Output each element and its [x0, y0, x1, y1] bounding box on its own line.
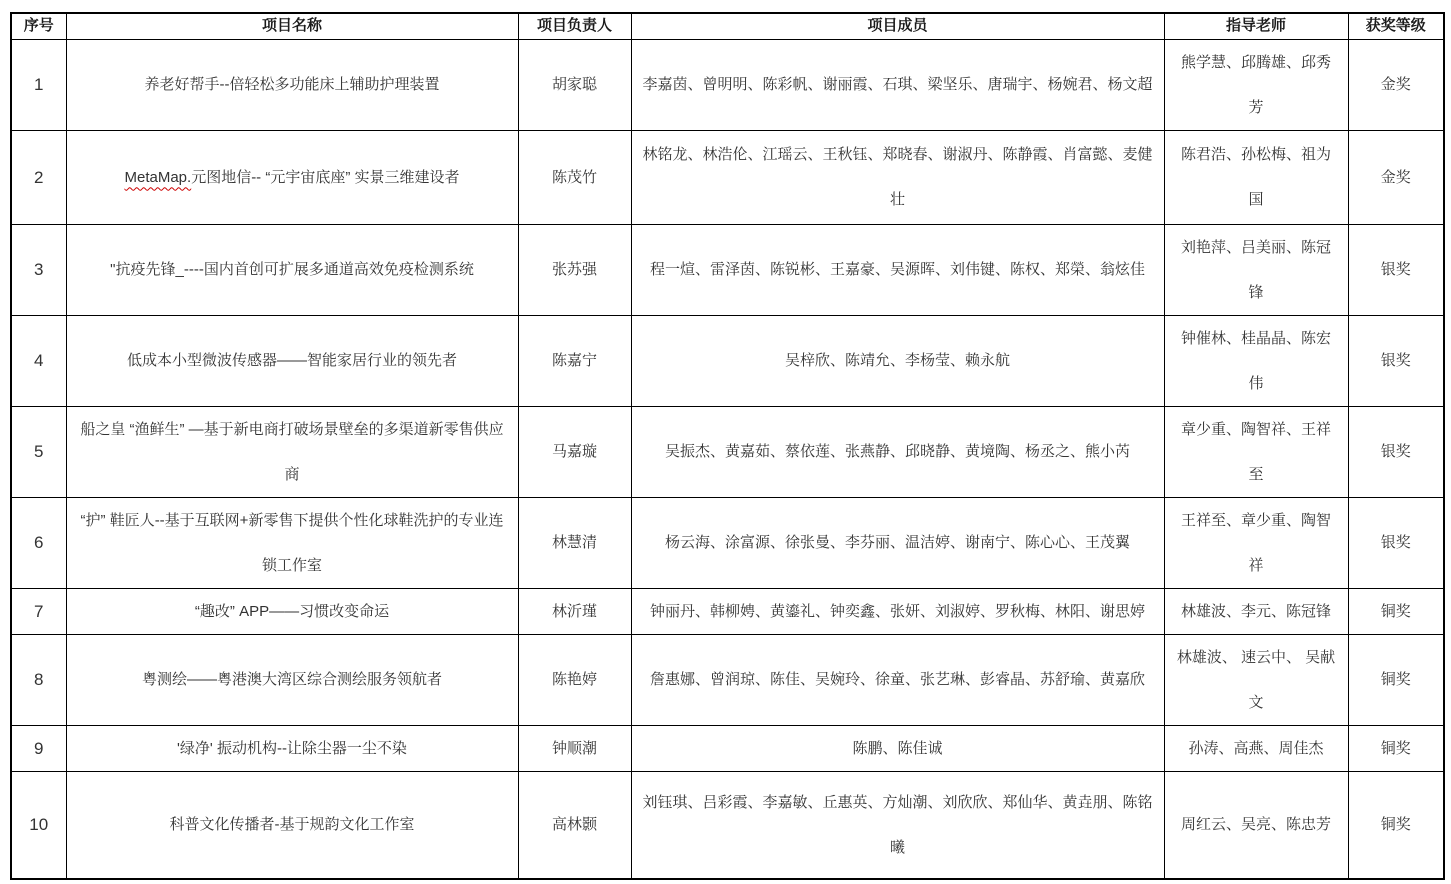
cell-no: 1 [11, 39, 66, 130]
cell-members: 林铭龙、林浩伦、江瑶云、王秋钰、郑晓春、谢淑丹、陈静霞、肖富懿、麦健壮 [631, 130, 1164, 224]
cell-leader: 张苏强 [518, 224, 631, 315]
cell-no: 6 [11, 497, 66, 588]
col-header-award: 获奖等级 [1348, 13, 1444, 39]
project-award-table: 序号 项目名称 项目负责人 项目成员 指导老师 获奖等级 1养老好帮手--倍轻松… [10, 12, 1445, 880]
cell-members: 杨云海、涂富源、徐张曼、李芬丽、温洁婷、谢南宁、陈心心、王茂翼 [631, 497, 1164, 588]
cell-members: 詹惠娜、曾润琼、陈佳、吴婉玲、徐童、张艺琳、彭睿晶、苏舒瑜、黄嘉欣 [631, 634, 1164, 725]
cell-award: 银奖 [1348, 315, 1444, 406]
cell-advisors: 林雄波、李元、陈冠锋 [1164, 588, 1348, 634]
cell-project-name: 低成本小型微波传感器——智能家居行业的领先者 [66, 315, 518, 406]
cell-award: 银奖 [1348, 406, 1444, 497]
cell-award: 铜奖 [1348, 771, 1444, 879]
cell-advisors: 王祥至、章少重、陶智祥 [1164, 497, 1348, 588]
cell-advisors: 林雄波、 速云中、 吴献文 [1164, 634, 1348, 725]
cell-leader: 陈艳婷 [518, 634, 631, 725]
table-row: 7“趣改” APP——习惯改变命运林沂瑾钟丽丹、韩柳娉、黄鎏礼、钟奕鑫、张妍、刘… [11, 588, 1444, 634]
table-header: 序号 项目名称 项目负责人 项目成员 指导老师 获奖等级 [11, 13, 1444, 39]
cell-project-name: '绿净' 振动机构--让除尘器一尘不染 [66, 725, 518, 771]
cell-no: 7 [11, 588, 66, 634]
cell-members: 吴振杰、黄嘉茹、蔡依莲、张燕静、邱晓静、黄境陶、杨丞之、熊小芮 [631, 406, 1164, 497]
cell-leader: 高林颢 [518, 771, 631, 879]
cell-project-name: MetaMap.元图地信-- “元宇宙底座” 实景三维建设者 [66, 130, 518, 224]
cell-leader: 林沂瑾 [518, 588, 631, 634]
cell-leader: 林慧清 [518, 497, 631, 588]
table-row: 4低成本小型微波传感器——智能家居行业的领先者陈嘉宁吴梓欣、陈靖允、李杨莹、赖永… [11, 315, 1444, 406]
cell-award: 银奖 [1348, 224, 1444, 315]
cell-advisors: 陈君浩、孙松梅、祖为国 [1164, 130, 1348, 224]
cell-award: 铜奖 [1348, 588, 1444, 634]
cell-project-name: 科普文化传播者-基于规韵文化工作室 [66, 771, 518, 879]
cell-no: 8 [11, 634, 66, 725]
cell-award: 银奖 [1348, 497, 1444, 588]
cell-leader: 胡家聪 [518, 39, 631, 130]
cell-award: 铜奖 [1348, 725, 1444, 771]
spellcheck-underlined-text: MetaMap. [124, 169, 191, 186]
header-row: 序号 项目名称 项目负责人 项目成员 指导老师 获奖等级 [11, 13, 1444, 39]
cell-project-name: 养老好帮手--倍轻松多功能床上辅助护理装置 [66, 39, 518, 130]
cell-leader: 陈茂竹 [518, 130, 631, 224]
cell-no: 10 [11, 771, 66, 879]
cell-members: 李嘉茵、曾明明、陈彩帆、谢丽霞、石琪、梁坚乐、唐瑞宇、杨婉君、杨文超 [631, 39, 1164, 130]
cell-award: 铜奖 [1348, 634, 1444, 725]
col-header-project-name: 项目名称 [66, 13, 518, 39]
cell-members: 陈鹏、陈佳诚 [631, 725, 1164, 771]
table-row: 3"抗疫先锋_----国内首创可扩展多通道高效免疫检测系统张苏强程一煊、雷泽茵、… [11, 224, 1444, 315]
cell-no: 3 [11, 224, 66, 315]
table-row: 9'绿净' 振动机构--让除尘器一尘不染钟顺潮陈鹏、陈佳诚孙涛、高燕、周佳杰铜奖 [11, 725, 1444, 771]
cell-leader: 钟顺潮 [518, 725, 631, 771]
col-header-number: 序号 [11, 13, 66, 39]
cell-advisors: 钟催林、桂晶晶、陈宏伟 [1164, 315, 1348, 406]
table-row: 1养老好帮手--倍轻松多功能床上辅助护理装置胡家聪李嘉茵、曾明明、陈彩帆、谢丽霞… [11, 39, 1444, 130]
cell-members: 刘钰琪、吕彩霞、李嘉敏、丘惠英、方灿潮、刘欣欣、郑仙华、黄垚朋、陈铭曦 [631, 771, 1164, 879]
table-row: 5船之皇 “渔鲜生” —基于新电商打破场景壁垒的多渠道新零售供应商马嘉璇吴振杰、… [11, 406, 1444, 497]
document-page: 序号 项目名称 项目负责人 项目成员 指导老师 获奖等级 1养老好帮手--倍轻松… [0, 0, 1451, 884]
table-row: 6“护” 鞋匠人--基于互联网+新零售下提供个性化球鞋洗护的专业连锁工作室林慧清… [11, 497, 1444, 588]
cell-no: 4 [11, 315, 66, 406]
col-header-leader: 项目负责人 [518, 13, 631, 39]
cell-advisors: 刘艳萍、吕美丽、陈冠锋 [1164, 224, 1348, 315]
cell-project-name: “趣改” APP——习惯改变命运 [66, 588, 518, 634]
cell-advisors: 熊学慧、邱腾雄、邱秀芳 [1164, 39, 1348, 130]
cell-advisors: 章少重、陶智祥、王祥至 [1164, 406, 1348, 497]
table-row: 10科普文化传播者-基于规韵文化工作室高林颢刘钰琪、吕彩霞、李嘉敏、丘惠英、方灿… [11, 771, 1444, 879]
cell-leader: 马嘉璇 [518, 406, 631, 497]
cell-project-name: "抗疫先锋_----国内首创可扩展多通道高效免疫检测系统 [66, 224, 518, 315]
col-header-advisors: 指导老师 [1164, 13, 1348, 39]
cell-award: 金奖 [1348, 39, 1444, 130]
cell-no: 2 [11, 130, 66, 224]
cell-project-name: 船之皇 “渔鲜生” —基于新电商打破场景壁垒的多渠道新零售供应商 [66, 406, 518, 497]
cell-award: 金奖 [1348, 130, 1444, 224]
cell-project-name: 粤测绘——粤港澳大湾区综合测绘服务领航者 [66, 634, 518, 725]
table-row: 8粤测绘——粤港澳大湾区综合测绘服务领航者陈艳婷詹惠娜、曾润琼、陈佳、吴婉玲、徐… [11, 634, 1444, 725]
cell-members: 吴梓欣、陈靖允、李杨莹、赖永航 [631, 315, 1164, 406]
cell-leader: 陈嘉宁 [518, 315, 631, 406]
cell-no: 5 [11, 406, 66, 497]
cell-members: 程一煊、雷泽茵、陈锐彬、王嘉豪、吴源晖、刘伟键、陈权、郑榮、翁炫佳 [631, 224, 1164, 315]
table-body: 1养老好帮手--倍轻松多功能床上辅助护理装置胡家聪李嘉茵、曾明明、陈彩帆、谢丽霞… [11, 39, 1444, 879]
cell-project-name: “护” 鞋匠人--基于互联网+新零售下提供个性化球鞋洗护的专业连锁工作室 [66, 497, 518, 588]
cell-advisors: 孙涛、高燕、周佳杰 [1164, 725, 1348, 771]
col-header-members: 项目成员 [631, 13, 1164, 39]
cell-no: 9 [11, 725, 66, 771]
cell-members: 钟丽丹、韩柳娉、黄鎏礼、钟奕鑫、张妍、刘淑婷、罗秋梅、林阳、谢思婷 [631, 588, 1164, 634]
cell-advisors: 周红云、吴亮、陈忠芳 [1164, 771, 1348, 879]
table-row: 2MetaMap.元图地信-- “元宇宙底座” 实景三维建设者陈茂竹林铭龙、林浩… [11, 130, 1444, 224]
